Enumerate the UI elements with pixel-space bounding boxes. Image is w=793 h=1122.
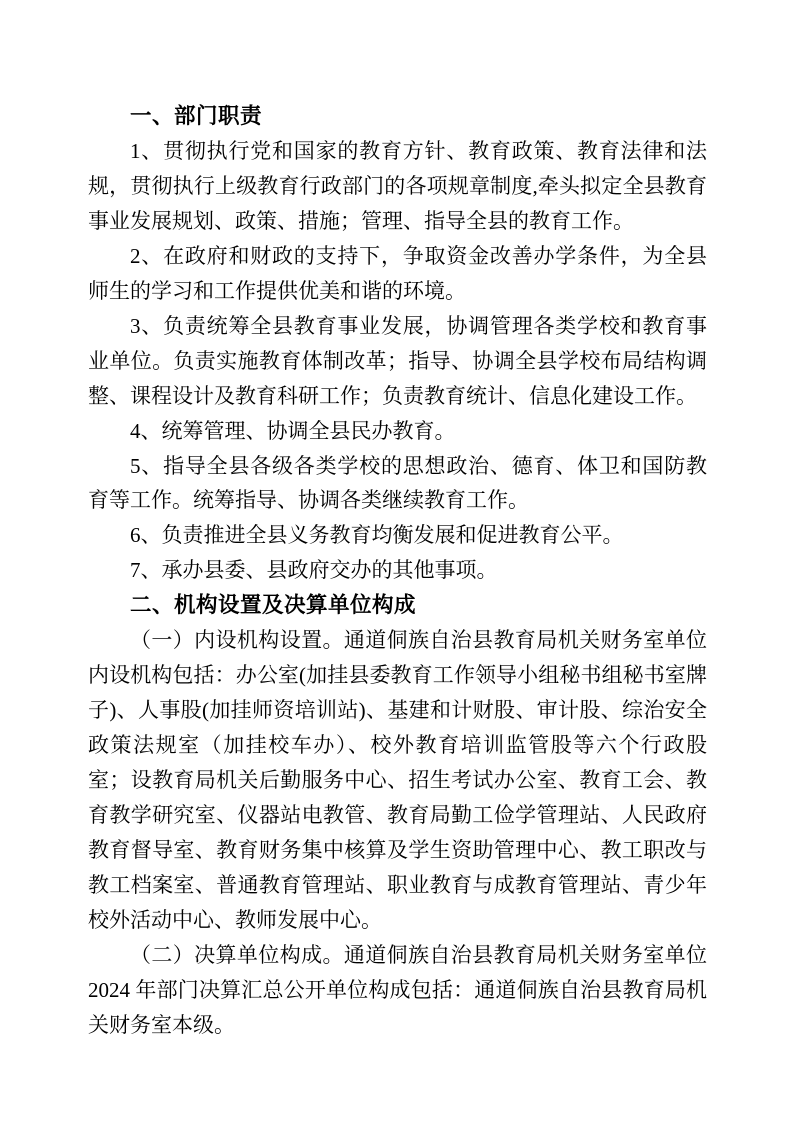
paragraph-duty-5: 5、指导全县各级各类学校的思想政治、德育、体卫和国防教育等工作。统筹指导、协调各… (88, 449, 707, 519)
paragraph-duty-1: 1、贯彻执行党和国家的教育方针、教育政策、教育法律和法规，贯彻执行上级教育行政部… (88, 134, 707, 239)
paragraph-duty-4: 4、统筹管理、协调全县民办教育。 (88, 414, 707, 449)
paragraph-duty-2: 2、在政府和财政的支持下，争取资金改善办学条件，为全县师生的学习和工作提供优美和… (88, 239, 707, 309)
paragraph-duty-3: 3、负责统筹全县教育事业发展，协调管理各类学校和教育事业单位。负责实施教育体制改… (88, 309, 707, 414)
document-page: 一、部门职责 1、贯彻执行党和国家的教育方针、教育政策、教育法律和法规，贯彻执行… (0, 0, 793, 1122)
paragraph-duty-6: 6、负责推进全县义务教育均衡发展和促进教育公平。 (88, 518, 707, 553)
document-body: 一、部门职责 1、贯彻执行党和国家的教育方针、教育政策、教育法律和法规，贯彻执行… (88, 99, 707, 1043)
paragraph-internal-organization: （一）内设机构设置。通道侗族自治县教育局机关财务室单位内设机构包括：办公室(加挂… (88, 623, 707, 938)
section-heading-department-duties: 一、部门职责 (88, 99, 707, 134)
paragraph-duty-7: 7、承办县委、县政府交办的其他事项。 (88, 553, 707, 588)
section-heading-organization-structure: 二、机构设置及决算单位构成 (88, 588, 707, 623)
paragraph-final-accounts-units: （二）决算单位构成。通道侗族自治县教育局机关财务室单位 2024 年部门决算汇总… (88, 938, 707, 1043)
